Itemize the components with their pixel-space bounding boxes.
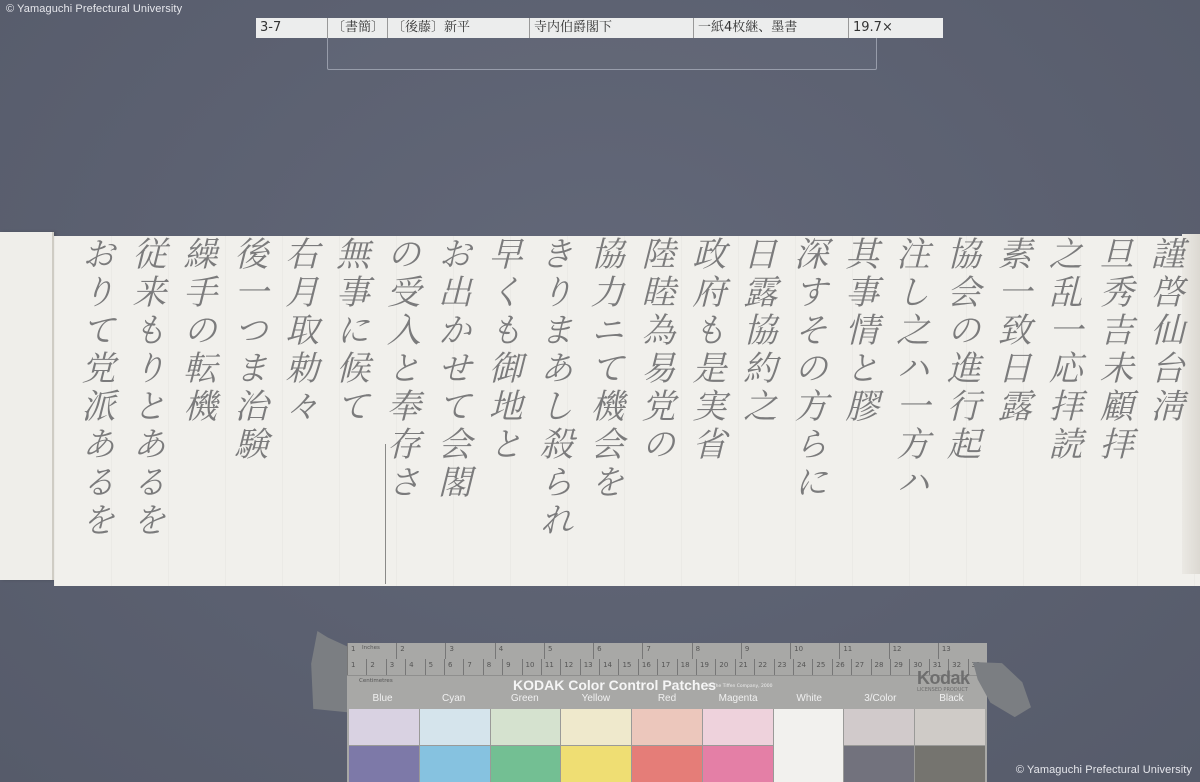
text-column: 旦秀吉未顧拝	[1088, 236, 1139, 576]
text-column: おりて党派あるを	[70, 236, 121, 576]
patch-label-blue: Blue	[347, 693, 418, 704]
ruler-tick: 5	[544, 643, 593, 659]
inch-scale: 12345678910111213	[347, 643, 987, 659]
text-column: お出かせて会閣	[426, 236, 477, 576]
patch-light-yellow	[561, 709, 631, 745]
ruler-tick: 7	[463, 659, 482, 675]
ruler-tick: 2	[366, 659, 385, 675]
ruler-tick: 9	[502, 659, 521, 675]
scroll-rolled-edge	[0, 232, 54, 580]
ruler-tick: 21	[735, 659, 754, 675]
ruler-tick: 2	[396, 643, 445, 659]
letter-scroll: 謹啓仙台淸 旦秀吉未顧拝 之乱一応拝読 素一致日露 協会の進行起 注し之ハ一方ハ…	[0, 226, 1200, 588]
ruler-tick: 4	[405, 659, 424, 675]
text-column: 右月取勅々	[274, 236, 325, 576]
ruler-tick: 12	[889, 643, 938, 659]
text-column: 繰手の転機	[172, 236, 223, 576]
ruler-tick: 17	[657, 659, 676, 675]
ruler-tick: 10	[790, 643, 839, 659]
text-column: 素一致日露	[986, 236, 1037, 576]
ruler-tick: 13	[938, 643, 987, 659]
ruler-tick: 9	[741, 643, 790, 659]
text-column: 之乱一応拝読	[1037, 236, 1088, 576]
label-format: 一紙4枚継、墨書	[694, 18, 849, 38]
ruler-tick: 13	[580, 659, 599, 675]
ruler-tick: 12	[560, 659, 579, 675]
chart-copyright: © The Tiffen Company, 2000	[707, 684, 772, 689]
patch-label-green: Green	[489, 693, 560, 704]
ruler-tick: 18	[677, 659, 696, 675]
ruler-tick: 1	[347, 659, 366, 675]
text-column: 政府も是実省	[681, 236, 732, 576]
text-column: 日露協約之	[732, 236, 783, 576]
patch-dark-blue	[349, 746, 419, 782]
label-catalog-number: 3-7	[256, 18, 328, 38]
text-column: 協会の進行起	[935, 236, 986, 576]
ruler-tick: 20	[715, 659, 734, 675]
kodak-logo: Kodak	[917, 668, 970, 689]
ruler-tick: 10	[522, 659, 541, 675]
patch-dark-magenta	[703, 746, 773, 782]
ruler-tick: 22	[754, 659, 773, 675]
ruler: 12345678910111213 1234567891011121314151…	[347, 643, 987, 676]
patch-label-red: Red	[631, 693, 702, 704]
calligraphy-text: 謹啓仙台淸 旦秀吉未顧拝 之乱一応拝読 素一致日露 協会の進行起 注し之ハ一方ハ…	[70, 236, 1190, 576]
ruler-tick: 8	[692, 643, 741, 659]
ruler-tick: 4	[495, 643, 544, 659]
patch-light-red	[632, 709, 702, 745]
text-column: 陸睦為易党の	[630, 236, 681, 576]
centimetres-label: Centimetres	[359, 678, 393, 684]
copyright-top: © Yamaguchi Prefectural University	[6, 3, 182, 15]
patch-dark-yellow	[561, 746, 631, 782]
patch-light-3-color	[844, 709, 914, 745]
ruler-tick: 14	[599, 659, 618, 675]
cm-scale: 1234567891011121314151617181920212223242…	[347, 659, 987, 675]
text-column: 謹啓仙台淸	[1139, 236, 1190, 576]
text-column: きりまあし殺られ	[528, 236, 579, 576]
ruler-tick: 19	[696, 659, 715, 675]
patch-label-white: White	[774, 693, 845, 704]
label-category: 〔書簡〕	[328, 18, 388, 38]
ruler-tick: 24	[793, 659, 812, 675]
patch-label-black: Black	[916, 693, 987, 704]
label-recipient: 寺内伯爵閣下	[530, 18, 694, 38]
patch-labels: BlueCyanGreenYellowRedMagentaWhite3/Colo…	[347, 693, 987, 704]
ruler-tick: 6	[444, 659, 463, 675]
ruler-tick: 3	[386, 659, 405, 675]
patch-light-green	[491, 709, 561, 745]
patch-dark-black	[915, 746, 985, 782]
ruler-tick: 11	[541, 659, 560, 675]
patch-light-blue	[349, 709, 419, 745]
text-column: 深すその方らに	[783, 236, 834, 576]
ruler-tick: 8	[483, 659, 502, 675]
text-column: 無事に候て	[325, 236, 376, 576]
text-column: 従来もりとあるを	[121, 236, 172, 576]
text-column: 早くも御地と	[477, 236, 528, 576]
text-column: 注し之ハ一方ハ	[885, 236, 936, 576]
kodak-color-chart: 12345678910111213 1234567891011121314151…	[347, 643, 987, 782]
ruler-tick: 29	[890, 659, 909, 675]
label-dimensions: 19.7×	[849, 18, 943, 38]
ruler-tick: 3	[445, 643, 494, 659]
patch-dark-3-color	[844, 746, 914, 782]
color-patches	[349, 709, 985, 782]
patch-light-magenta	[703, 709, 773, 745]
text-column: の受入と奉存さ	[376, 236, 427, 576]
patch-light-black	[915, 709, 985, 745]
patch-dark-red	[632, 746, 702, 782]
ruler-tick: 5	[425, 659, 444, 675]
text-column: 其事情と膠	[834, 236, 885, 576]
ruler-tick: 15	[618, 659, 637, 675]
ruler-tick: 11	[839, 643, 888, 659]
chart-title: KODAK Color Control Patches	[513, 677, 716, 693]
copyright-bottom: © Yamaguchi Prefectural University	[1016, 764, 1192, 776]
ruler-tick: 28	[871, 659, 890, 675]
ruler-tick: 6	[593, 643, 642, 659]
ruler-tick: 26	[832, 659, 851, 675]
text-column: 協力ニて機会を	[579, 236, 630, 576]
ruler-tick: 27	[851, 659, 870, 675]
ruler-tick: 25	[812, 659, 831, 675]
patch-white	[774, 709, 844, 782]
patch-dark-cyan	[420, 746, 490, 782]
patch-dark-green	[491, 746, 561, 782]
patch-label-3-color: 3/Color	[845, 693, 916, 704]
patch-label-yellow: Yellow	[560, 693, 631, 704]
text-column: 後一つま治験	[223, 236, 274, 576]
patch-label-magenta: Magenta	[703, 693, 774, 704]
ruler-tick: 23	[774, 659, 793, 675]
patch-label-cyan: Cyan	[418, 693, 489, 704]
patch-light-cyan	[420, 709, 490, 745]
ruler-tick: 7	[642, 643, 691, 659]
label-author: 〔後藤〕新平	[388, 18, 530, 38]
inches-label: Inches	[362, 645, 380, 651]
catalog-label: 3-7 〔書簡〕 〔後藤〕新平 寺内伯爵閣下 一紙4枚継、墨書 19.7×	[256, 18, 943, 38]
ruler-tick: 16	[638, 659, 657, 675]
